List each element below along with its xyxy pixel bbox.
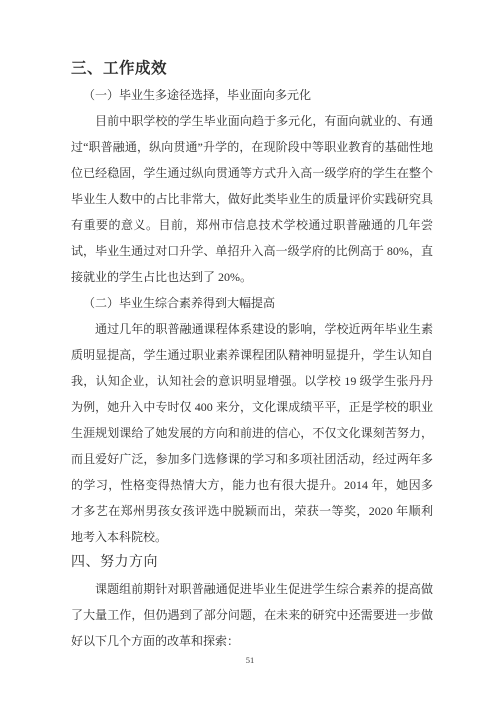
- document-content: 三、工作成效 （一）毕业生多途径选择，毕业面向多元化 目前中职学校的学生毕业面向…: [71, 56, 433, 654]
- section-heading-future-direction: 四、努力方向: [71, 550, 433, 576]
- paragraph-future-direction: 课题组前期针对职普融通促进毕业生促进学生综合素养的提高做了大量工作，但仍遇到了部…: [71, 576, 433, 654]
- sub-heading-graduate-paths: （一）毕业生多途径选择，毕业面向多元化: [71, 82, 433, 108]
- paragraph-comprehensive-quality: 通过几年的职普融通课程体系建设的影响，学校近两年毕业生素质明显提高，学生通过职业…: [71, 316, 433, 550]
- page-number: 51: [0, 654, 500, 666]
- document-page: 三、工作成效 （一）毕业生多途径选择，毕业面向多元化 目前中职学校的学生毕业面向…: [0, 0, 500, 707]
- sub-heading-comprehensive-quality: （二）毕业生综合素养得到大幅提高: [71, 290, 433, 316]
- section-heading-work-results: 三、工作成效: [71, 56, 433, 82]
- paragraph-graduate-paths: 目前中职学校的学生毕业面向趋于多元化，有面向就业的、有通过“职普融通，纵向贯通”…: [71, 108, 433, 290]
